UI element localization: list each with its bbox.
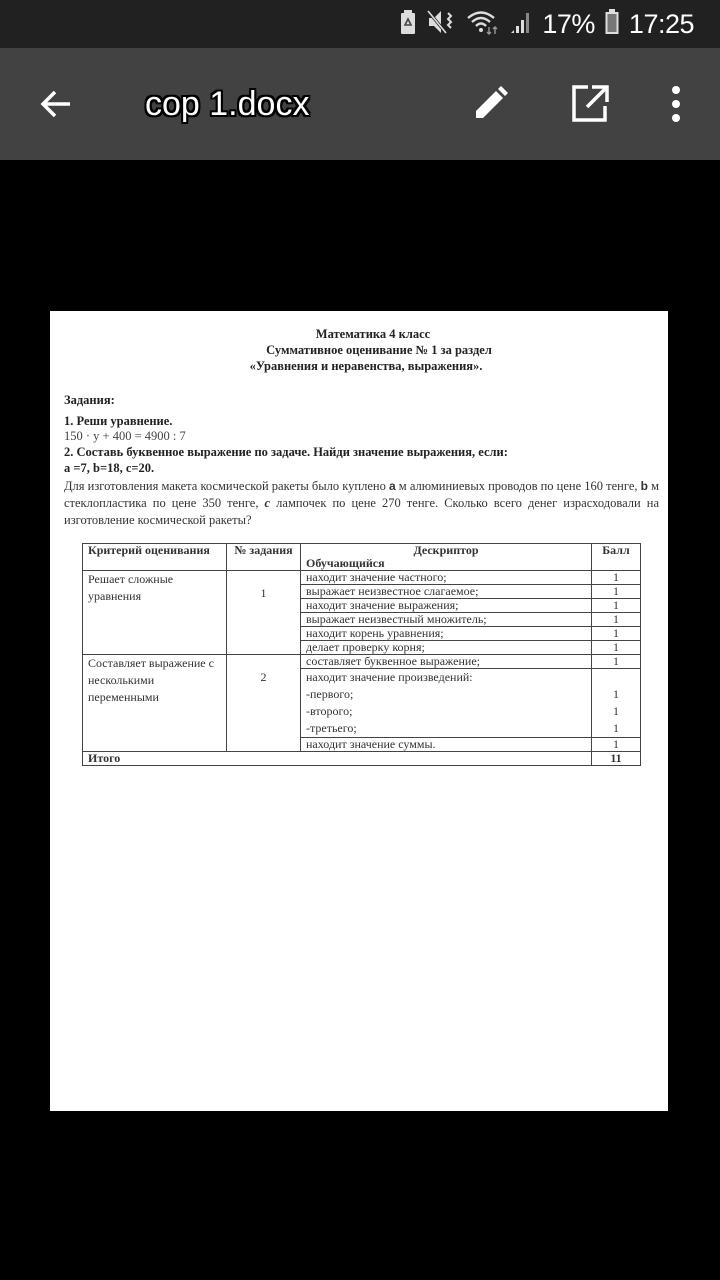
descriptor-cell: находит значение частного;	[301, 571, 592, 585]
header-task-no: № задания	[227, 544, 301, 571]
battery-percent: 17%	[542, 9, 595, 40]
score-cell: 1	[592, 599, 641, 613]
status-bar: 17% 17:25	[0, 0, 720, 48]
total-score: 11	[592, 752, 641, 766]
descriptor-cell: выражает неизвестный множитель;	[301, 613, 592, 627]
score-cell: 1	[592, 641, 641, 655]
battery-saver-icon	[400, 10, 416, 39]
variable-a: a	[389, 479, 396, 493]
task2-problem-text: Для изготовления макета космической раке…	[64, 478, 659, 529]
open-external-icon[interactable]	[570, 84, 610, 124]
score-cell: 1	[592, 655, 641, 669]
score-cell: 1	[592, 738, 641, 752]
score-cell: 1	[592, 585, 641, 599]
total-label: Итого	[83, 752, 592, 766]
tasks-label: Задания:	[64, 393, 115, 408]
descriptor-cell: делает проверку корня;	[301, 641, 592, 655]
document-page: Математика 4 класс Суммативное оценивани…	[50, 311, 668, 1111]
table-header-row: Критерий оценивания № задания Дескриптор…	[83, 544, 641, 571]
header-descriptor: ДескрипторОбучающийся	[301, 544, 592, 571]
heading-subject: Математика 4 класс	[64, 327, 682, 342]
table-row: Решает сложные уравнения 1 находит значе…	[83, 571, 641, 585]
task-number-cell: 1	[227, 571, 301, 655]
assessment-criteria-table: Критерий оценивания № задания Дескриптор…	[82, 543, 641, 766]
edit-icon[interactable]	[470, 84, 510, 124]
score-cell: 1	[592, 571, 641, 585]
heading-assessment: Суммативное оценивание № 1 за раздел	[70, 343, 688, 358]
task-number-cell: 2	[227, 655, 301, 752]
total-row: Итого 11	[83, 752, 641, 766]
table-row: Составляет выражение с несколькими перем…	[83, 655, 641, 669]
descriptor-cell: находит значение выражения;	[301, 599, 592, 613]
descriptor-cell: выражает неизвестное слагаемое;	[301, 585, 592, 599]
task2-values: a =7, b=18, c=20.	[64, 461, 154, 476]
descriptor-cell: находит значение произведений: -первого;…	[301, 669, 592, 738]
heading-section: «Уравнения и неравенства, выражения».	[57, 359, 675, 374]
criterion-cell: Решает сложные уравнения	[83, 571, 227, 655]
vibrate-mute-icon	[426, 9, 456, 40]
descriptor-cell: находит корень уравнения;	[301, 627, 592, 641]
task1-title: 1. Реши уравнение.	[64, 414, 172, 429]
signal-icon	[510, 10, 532, 39]
score-cell: 1 1 1	[592, 669, 641, 738]
more-vert-icon[interactable]	[656, 84, 696, 124]
descriptor-cell: составляет буквенное выражение;	[301, 655, 592, 669]
descriptor-cell: находит значение суммы.	[301, 738, 592, 752]
arrow-back-icon[interactable]	[36, 84, 76, 124]
score-cell: 1	[592, 613, 641, 627]
app-bar: cop 1.docx	[0, 48, 720, 160]
header-score: Балл	[592, 544, 641, 571]
battery-icon	[605, 9, 619, 40]
header-criterion: Критерий оценивания	[83, 544, 227, 571]
clock: 17:25	[629, 9, 694, 40]
task2-title: 2. Составь буквенное выражение по задаче…	[64, 445, 508, 460]
wifi-icon	[466, 9, 500, 40]
score-cell: 1	[592, 627, 641, 641]
criterion-cell: Составляет выражение с несколькими перем…	[83, 655, 227, 752]
variable-b: b	[641, 479, 648, 493]
task1-equation: 150 · y + 400 = 4900 : 7	[64, 429, 186, 444]
document-title: cop 1.docx	[145, 80, 309, 128]
